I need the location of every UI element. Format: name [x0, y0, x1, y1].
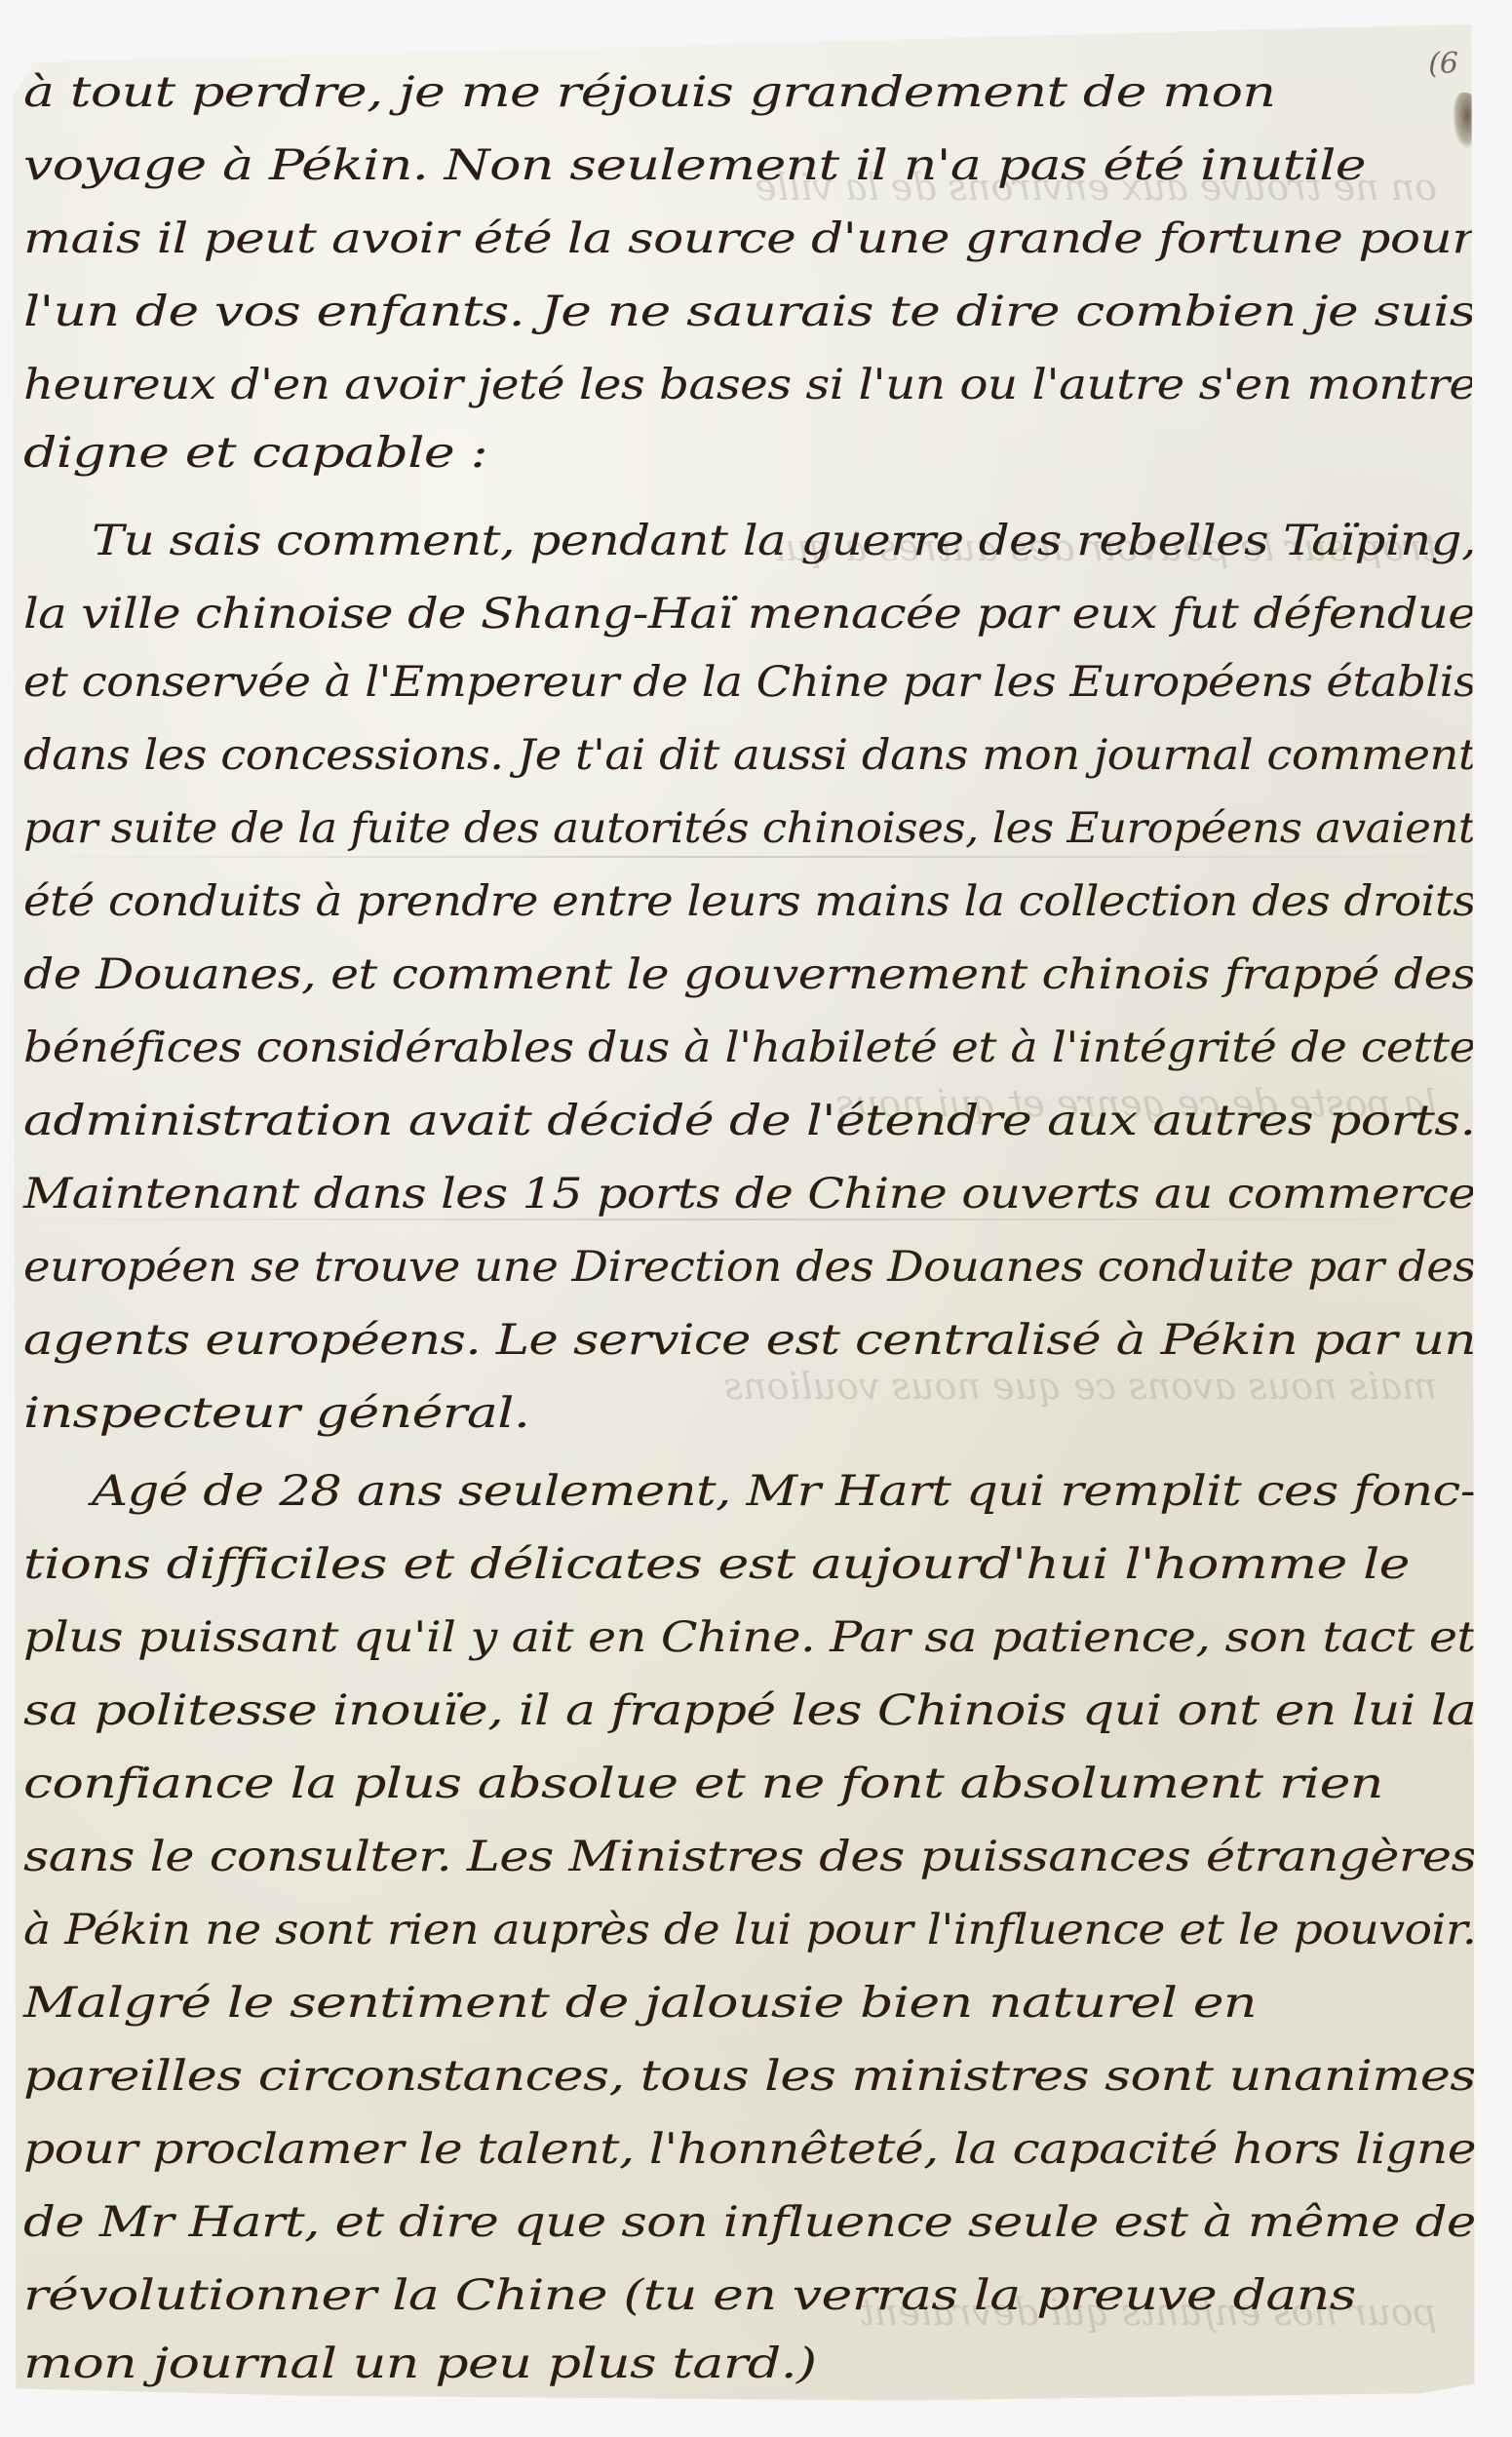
- text-line: et conservée à l'Empereur de la Chine pa…: [23, 658, 1476, 707]
- text-line: Maintenant dans les 15 ports de Chine ou…: [23, 1170, 1476, 1218]
- ink-blot: [1453, 93, 1482, 149]
- text-line: été conduits à prendre entre leurs mains…: [23, 877, 1476, 926]
- text-line: à tout perdre, je me réjouis grandement …: [23, 68, 1275, 117]
- text-line: de Douanes, et comment le gouvernement c…: [23, 950, 1476, 999]
- text-line: voyage à Pékin. Non seulement il n'a pas…: [23, 141, 1366, 190]
- text-line: dans les concessions. Je t'ai dit aussi …: [23, 731, 1476, 780]
- text-line: tions difficiles et délicates est aujour…: [23, 1540, 1410, 1589]
- text-line: pareilles circonstances, tous les minist…: [23, 2052, 1476, 2101]
- text-line: à Pékin ne sont rien auprès de lui pour …: [23, 1906, 1476, 1954]
- text-line: Agé de 28 ans seulement, Mr Hart qui rem…: [92, 1467, 1476, 1516]
- text-line: digne et capable :: [23, 429, 487, 478]
- text-line: mais il peut avoir été la source d'une g…: [23, 214, 1475, 263]
- text-line: mon journal un peu plus tard.): [23, 2340, 816, 2388]
- text-line: inspecteur général.: [23, 1389, 529, 1438]
- paper-fold-line: [4, 856, 1495, 858]
- text-line: révolutionner la Chine (tu en verras la …: [23, 2271, 1356, 2320]
- manuscript-page: on ne trouve aux environs de la ville tr…: [4, 19, 1495, 2403]
- text-line: l'un de vos enfants. Je ne saurais te di…: [23, 288, 1476, 336]
- text-line: Malgré le sentiment de jalousie bien nat…: [23, 1979, 1257, 2028]
- text-line: Tu sais comment, pendant la guerre des r…: [92, 517, 1476, 565]
- text-line: sans le consulter. Les Ministres des pui…: [23, 1833, 1476, 1881]
- text-line: confiance la plus absolue et ne font abs…: [23, 1760, 1383, 1808]
- text-line: heureux d'en avoir jeté les bases si l'u…: [23, 361, 1477, 409]
- text-line: de Mr Hart, et dire que son influence se…: [23, 2198, 1476, 2247]
- text-line: européen se trouve une Direction des Dou…: [23, 1243, 1476, 1292]
- text-line: pour proclamer le talent, l'honnêteté, l…: [23, 2125, 1476, 2174]
- text-line: par suite de la fuite des autorités chin…: [23, 804, 1476, 853]
- text-line: agents européens. Le service est central…: [23, 1316, 1476, 1365]
- text-line: sa politesse inouïe, il a frappé les Chi…: [23, 1686, 1476, 1735]
- text-line: administration avait décidé de l'étendre…: [23, 1097, 1475, 1145]
- text-line: la ville chinoise de Shang-Haï menacée p…: [23, 590, 1476, 638]
- text-line: plus puissant qu'il y ait en Chine. Par …: [23, 1613, 1476, 1662]
- paper-fold-line: [4, 1218, 1495, 1220]
- text-line: bénéfices considérables dus à l'habileté…: [23, 1024, 1476, 1072]
- page-number: (6: [1428, 47, 1458, 81]
